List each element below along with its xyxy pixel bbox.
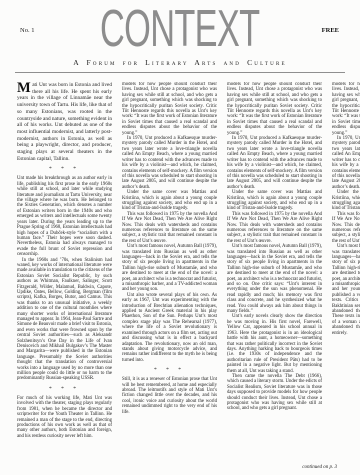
paragraph: Under the same cover was Mattias and Kri… bbox=[227, 190, 322, 212]
lead-paragraph: Mati Unt was born in Estonia and lived t… bbox=[17, 82, 112, 162]
section-separator: * * * bbox=[17, 386, 112, 392]
paragraph: models for how people should conduct the… bbox=[227, 82, 322, 136]
drop-cap: M bbox=[17, 82, 32, 94]
paragraph: This was followed in 1975 by the novella… bbox=[227, 212, 322, 244]
paragraph: Still, it is as a renewer of Estonian pr… bbox=[122, 377, 217, 415]
paragraph: Unt’s most famous novel, Autumn Ball (19… bbox=[227, 244, 322, 314]
column-1: Mati Unt was born in Estonia and lived t… bbox=[17, 82, 112, 462]
paragraph: Unt made his breakthrough as an author e… bbox=[17, 176, 112, 257]
magazine-title: CONTEXT bbox=[100, 4, 259, 54]
paragraph: In the 1960s and ’70s, when Stalinism ha… bbox=[17, 258, 112, 382]
newspaper-page: No. 1 CONTEXT FREE A Forum for Literary … bbox=[0, 0, 360, 475]
paragraph: Unt’s most famous novel, Autumn Ball (19… bbox=[332, 244, 360, 336]
article-columns: Mati Unt was born in Estonia and lived t… bbox=[17, 82, 360, 462]
section-separator: * * * bbox=[122, 367, 217, 373]
masthead: CONTEXT bbox=[0, 4, 360, 54]
paragraph: Unt’s most famous novel, Autumn Ball (19… bbox=[122, 244, 217, 293]
paragraph: For much of his working life, Mati Unt w… bbox=[17, 396, 112, 439]
paragraph: This was followed in 1975 by the novella… bbox=[332, 212, 360, 244]
paragraph: In 1970, Unt produced a Kafkaesque murde… bbox=[227, 136, 322, 190]
column-2: models for how people should conduct the… bbox=[122, 82, 217, 462]
paragraph: Unt also wrote several plays of his own.… bbox=[122, 293, 217, 363]
continued-notice: continued on p. 3 bbox=[302, 465, 337, 470]
paragraph: Under the same cover was Mattias and Kri… bbox=[122, 190, 217, 212]
column-3: models for how people should conduct the… bbox=[227, 82, 322, 462]
paragraph: In 1970, Unt produced a Kafkaesque murde… bbox=[332, 136, 360, 190]
price-label: FREE bbox=[322, 27, 339, 34]
column-4: models for how people should conduct the… bbox=[332, 82, 360, 462]
paragraph: In 1970, Unt produced a Kafkaesque murde… bbox=[122, 136, 217, 190]
paragraph: models for how people should conduct the… bbox=[122, 82, 217, 136]
section-separator: * * * bbox=[17, 166, 112, 172]
paragraph: Unt’s early novels clearly show the dire… bbox=[227, 314, 322, 373]
magazine-subtitle: A Forum for Literary Arts and Culture bbox=[0, 58, 360, 67]
paragraph: Then came the novella The Debt (1966), w… bbox=[227, 374, 322, 412]
paragraph: models for how people should conduct the… bbox=[332, 82, 360, 136]
masthead-rule bbox=[15, 72, 345, 73]
paragraph: Under the same cover was Mattias and Kri… bbox=[332, 190, 360, 212]
paragraph: This was followed in 1975 by the novella… bbox=[122, 212, 217, 244]
